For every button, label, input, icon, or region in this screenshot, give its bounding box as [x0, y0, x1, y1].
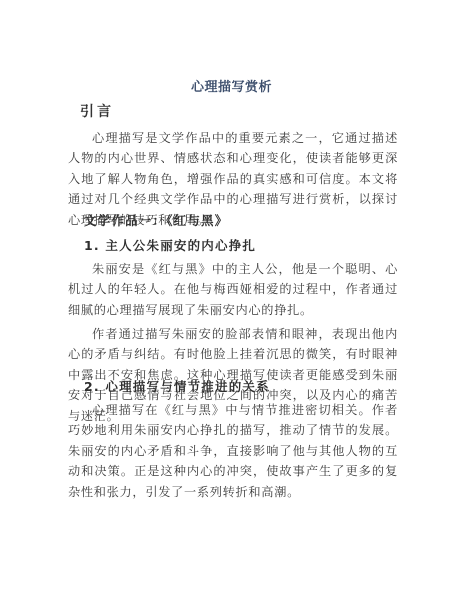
section1-heading: 1. 主人公朱丽安的内心挣扎: [84, 236, 256, 254]
intro-heading: 引言: [80, 101, 114, 121]
document-title: 心理描写赏析: [0, 76, 463, 95]
work1-heading: 文学作品一：《红与黑》: [84, 211, 228, 229]
section2-paragraph-1: 心理描写在《红与黑》中与情节推进密切相关。作者巧妙地利用朱丽安内心挣扎的描写，推…: [68, 400, 398, 502]
document-page: 心理描写赏析 引言 心理描写是文学作品中的重要元素之一，它通过描述人物的内心世界…: [0, 0, 463, 600]
section2-heading: 2. 心理描写与情节推进的关系: [84, 377, 270, 395]
section1-paragraph-1: 朱丽安是《红与黑》中的主人公，他是一个聪明、心机过人的年轻人。在他与梅西娅相爱的…: [68, 259, 398, 320]
